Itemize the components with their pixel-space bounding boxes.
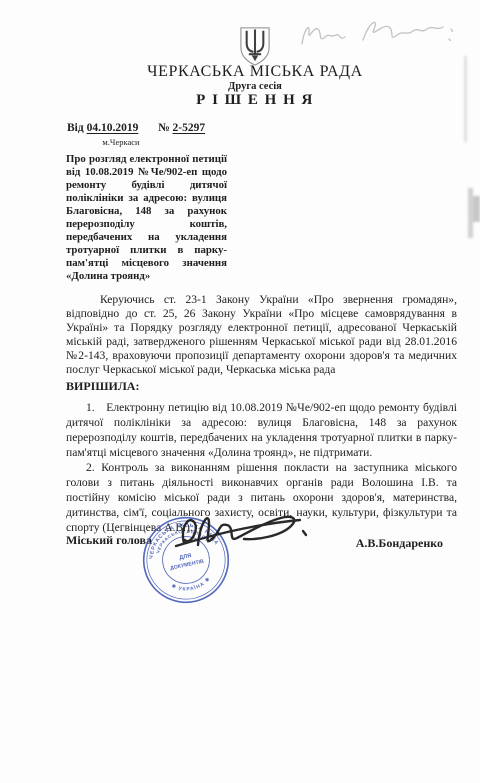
signature-scribble — [172, 501, 322, 561]
city-label: м.Черкаси — [67, 137, 175, 147]
document-page: ЧЕРКАСЬКА МІСЬКА РАДА Друга сесія Р І Ш … — [0, 0, 480, 783]
resolution-item-1: 1. Електронну петицію від 10.08.2019 №Че… — [66, 400, 457, 460]
from-label: Від — [67, 122, 84, 134]
doc-number: 2-5297 — [173, 122, 206, 134]
session-title: Друга сесія — [55, 81, 455, 92]
resolved-label: ВИРІШИЛА: — [66, 379, 457, 393]
signer-title: Міський голова — [66, 533, 152, 548]
doc-meta-line: Від 04.10.2019 № 2-5297 — [67, 122, 205, 134]
signer-name: А.В.Бондаренко — [356, 536, 443, 551]
org-name: ЧЕРКАСЬКА МІСЬКА РАДА — [55, 63, 455, 81]
preamble-paragraph: Керуючись ст. 23-1 Закону України «Про з… — [66, 293, 457, 376]
handwritten-note — [295, 12, 470, 58]
subject-paragraph: Про розгляд електронної петиції від 10.0… — [66, 153, 227, 283]
scan-artifact — [464, 56, 467, 142]
coat-of-arms-icon — [237, 26, 273, 67]
body-column: Керуючись ст. 23-1 Закону України «Про з… — [66, 293, 457, 535]
doc-date: 04.10.2019 — [87, 122, 139, 134]
doc-type-title: Р І Ш Е Н Н Я — [55, 92, 455, 109]
number-sign: № — [158, 122, 170, 134]
scan-artifact — [473, 196, 480, 222]
